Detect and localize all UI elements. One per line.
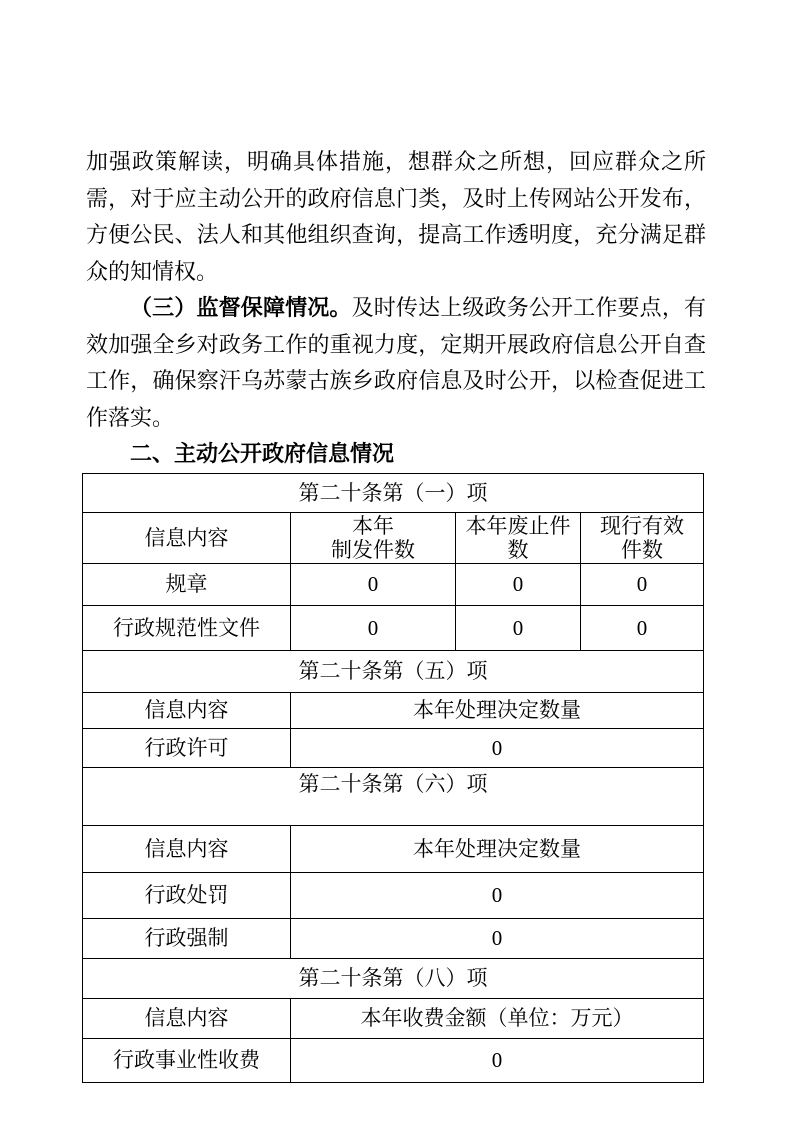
table-cell-data: 行政强制 xyxy=(83,918,291,958)
table-cell-data: 0 xyxy=(291,1038,704,1082)
table-cell-header: 本年处理决定数量 xyxy=(291,825,704,872)
table-cell-data: 行政规范性文件 xyxy=(83,605,291,650)
table-cell-data: 0 xyxy=(291,918,704,958)
paragraph-supervision-lead: （三）监督保障情况。 xyxy=(130,295,352,320)
table-cell-section: 第二十条第（八）项 xyxy=(83,958,704,998)
table-cell-header: 本年收费金额（单位：万元） xyxy=(291,998,704,1038)
table-cell-header: 本年处理决定数量 xyxy=(291,692,704,728)
disclosure-table: 第二十条第（一）项信息内容本年 制发件数本年废止件 数现行有效 件数规章000行… xyxy=(82,473,704,1083)
table-row-header: 信息内容本年 制发件数本年废止件 数现行有效 件数 xyxy=(83,512,704,563)
table-cell-data: 行政处罚 xyxy=(83,872,291,918)
document-page: 加强政策解读，明确具体措施，想群众之所想，回应群众之所需，对于应主动公开的政府信… xyxy=(0,0,793,1122)
table-cell-header: 信息内容 xyxy=(83,692,291,728)
paragraph-continuation: 加强政策解读，明确具体措施，想群众之所想，回应群众之所需，对于应主动公开的政府信… xyxy=(86,144,706,290)
table-cell-section: 第二十条第（一）项 xyxy=(83,473,704,512)
table-cell-data: 0 xyxy=(291,605,456,650)
table-cell-header: 现行有效 件数 xyxy=(581,512,704,563)
table-row-section: 第二十条第（六）项 xyxy=(83,767,704,825)
table-row-data: 行政规范性文件000 xyxy=(83,605,704,650)
table-row-section: 第二十条第（八）项 xyxy=(83,958,704,998)
table-row-data: 行政许可0 xyxy=(83,728,704,767)
table-cell-data: 0 xyxy=(581,563,704,605)
table-cell-data: 行政事业性收费 xyxy=(83,1038,291,1082)
table-cell-header: 信息内容 xyxy=(83,998,291,1038)
table-cell-data: 0 xyxy=(291,563,456,605)
table-cell-data: 0 xyxy=(291,872,704,918)
table-row-data: 规章000 xyxy=(83,563,704,605)
table-cell-data: 0 xyxy=(456,605,581,650)
table-cell-header: 信息内容 xyxy=(83,512,291,563)
table-cell-data: 0 xyxy=(456,563,581,605)
section-heading: 二、主动公开政府信息情况 xyxy=(86,436,706,473)
table-row-header: 信息内容本年处理决定数量 xyxy=(83,825,704,872)
table-body: 第二十条第（一）项信息内容本年 制发件数本年废止件 数现行有效 件数规章000行… xyxy=(83,473,704,1082)
table-cell-data: 规章 xyxy=(83,563,291,605)
table-cell-header: 本年 制发件数 xyxy=(291,512,456,563)
table-cell-data: 0 xyxy=(581,605,704,650)
table-cell-header: 信息内容 xyxy=(83,825,291,872)
table-row-data: 行政事业性收费0 xyxy=(83,1038,704,1082)
table-row-data: 行政强制0 xyxy=(83,918,704,958)
table-cell-section: 第二十条第（六）项 xyxy=(83,767,704,825)
table-row-section: 第二十条第（一）项 xyxy=(83,473,704,512)
table-row-data: 行政处罚0 xyxy=(83,872,704,918)
table-cell-data: 行政许可 xyxy=(83,728,291,767)
table-cell-data: 0 xyxy=(291,728,704,767)
document-content: 加强政策解读，明确具体措施，想群众之所想，回应群众之所需，对于应主动公开的政府信… xyxy=(86,144,706,1083)
table-row-header: 信息内容本年处理决定数量 xyxy=(83,692,704,728)
table-row-section: 第二十条第（五）项 xyxy=(83,650,704,692)
table-row-header: 信息内容本年收费金额（单位：万元） xyxy=(83,998,704,1038)
table-cell-section: 第二十条第（五）项 xyxy=(83,650,704,692)
table-cell-header: 本年废止件 数 xyxy=(456,512,581,563)
paragraph-supervision: （三）监督保障情况。及时传达上级政务公开工作要点，有效加强全乡对政务工作的重视力… xyxy=(86,290,706,436)
